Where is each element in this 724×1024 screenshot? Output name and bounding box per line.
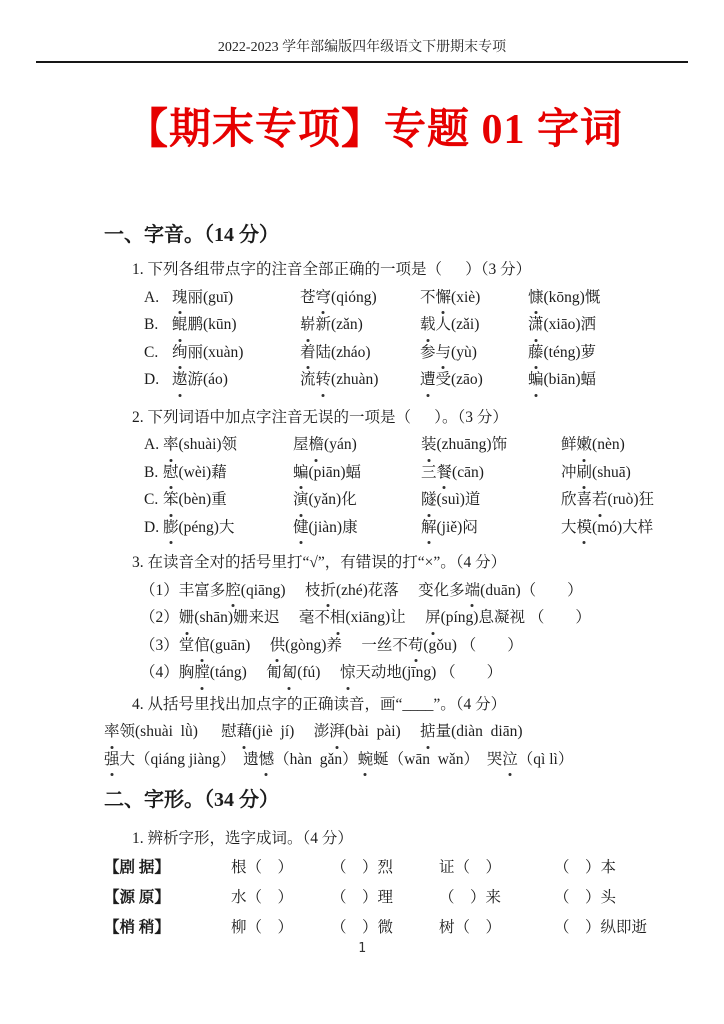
option-word: 膨(péng)大 bbox=[163, 514, 293, 542]
option-word: 慰(wèi)藉 bbox=[163, 459, 293, 487]
char-choice-row: 【剧 据】 根（ ） （ ）烈 证（ ） （ ）本 bbox=[104, 853, 686, 883]
option-word: 鲜嫩(nèn) bbox=[561, 431, 686, 459]
q1-stem: 1. 下列各组带点字的注音全部正确的一项是（ ）（3 分） bbox=[104, 256, 686, 284]
blank-word: 水（ ） bbox=[231, 883, 331, 913]
option-word: 潇(xiāo)洒 bbox=[528, 311, 686, 339]
blank-word: 柳（ ） bbox=[231, 913, 331, 943]
option-word: 崭新(zǎn) bbox=[300, 311, 420, 339]
option-word: 装(zhuāng)饰 bbox=[421, 431, 561, 459]
q2-option-b: B. 慰(wèi)藉 蝙(piān)蝠 三餐(cān) 冲刷(shuā) bbox=[104, 459, 686, 487]
q4-stem: 4. 从括号里找出加点字的正确读音，画“____”。（4 分） bbox=[104, 691, 686, 719]
q3-item-3: （3）堂倌(guān) 供(gòng)养 一丝不苟(gǒu) （ ） bbox=[104, 632, 686, 660]
header-divider bbox=[36, 61, 688, 63]
page-title: 【期末专项】专题 01 字词 bbox=[126, 96, 623, 156]
option-word: 健(jiàn)康 bbox=[293, 514, 421, 542]
option-word: 大模(mó)大样 bbox=[561, 514, 686, 542]
option-label: D. bbox=[144, 514, 163, 542]
option-word: 屋檐(yán) bbox=[293, 431, 421, 459]
option-label: B. bbox=[144, 459, 163, 487]
q4-line-2: 强大（qiáng jiàng） 遗憾（hàn gǎn）蜿蜒（wān wǎn） 哭… bbox=[104, 746, 686, 774]
q2-option-d: D. 膨(péng)大 健(jiàn)康 解(jiě)闷 大模(mó)大样 bbox=[104, 514, 686, 542]
option-label: D. bbox=[144, 366, 172, 394]
option-word: 苍穹(qióng) bbox=[300, 284, 420, 312]
document-header: 2022-2023 学年部编版四年级语文下册期末专项 bbox=[0, 36, 724, 56]
char-pair-bracket: 【源 原】 bbox=[104, 883, 231, 913]
document-body: 一、字音。（14 分） 1. 下列各组带点字的注音全部正确的一项是（ ）（3 分… bbox=[104, 220, 686, 943]
q2-stem: 2. 下列词语中加点字注音无误的一项是（ ）。（3 分） bbox=[104, 404, 686, 432]
option-word: 慷(kōng)慨 bbox=[528, 284, 686, 312]
blank-word: （ ）纵即逝 bbox=[554, 913, 686, 943]
option-word: 欣喜若(ruò)狂 bbox=[561, 486, 686, 514]
option-word: 着陆(zháo) bbox=[300, 339, 420, 367]
option-word: 藤(téng)萝 bbox=[528, 339, 686, 367]
q3-items: （1）丰富多腔(qiāng) 枝折(zhé)花落 变化多端(duān)（ ） （… bbox=[104, 577, 686, 687]
option-word: 隧(suì)道 bbox=[421, 486, 561, 514]
option-word: 载人(zǎi) bbox=[420, 311, 528, 339]
option-word: 三餐(cān) bbox=[421, 459, 561, 487]
q3-stem: 3. 在读音全对的括号里打“√”，有错误的打“×”。（4 分） bbox=[104, 549, 686, 577]
s2-q1-rows: 【剧 据】 根（ ） （ ）烈 证（ ） （ ）本 【源 原】 水（ ） （ ）… bbox=[104, 853, 686, 943]
q2-option-c: C. 笨(bèn)重 演(yǎn)化 隧(suì)道 欣喜若(ruò)狂 bbox=[104, 486, 686, 514]
s2-q1-stem: 1. 辨析字形，选字成词。（4 分） bbox=[104, 825, 686, 853]
blank-word: （ ）来 bbox=[439, 883, 554, 913]
page-number: 1 bbox=[0, 941, 724, 956]
option-label: C. bbox=[144, 339, 172, 367]
option-word: 参与(yù) bbox=[420, 339, 528, 367]
char-pair-bracket: 【梢 稍】 bbox=[104, 913, 231, 943]
q3-item-1: （1）丰富多腔(qiāng) 枝折(zhé)花落 变化多端(duān)（ ） bbox=[104, 577, 686, 605]
blank-word: 证（ ） bbox=[439, 853, 554, 883]
option-label: C. bbox=[144, 486, 163, 514]
option-word: 绚丽(xuàn) bbox=[172, 339, 300, 367]
blank-word: 树（ ） bbox=[439, 913, 554, 943]
q1-option-b: B. 鲲鹏(kūn) 崭新(zǎn) 载人(zǎi) 潇(xiāo)洒 bbox=[104, 311, 686, 339]
option-word: 遨游(áo) bbox=[172, 366, 300, 394]
exam-document-page: 2022-2023 学年部编版四年级语文下册期末专项 【期末专项】专题 01 字… bbox=[0, 0, 724, 1024]
option-label: B. bbox=[144, 311, 172, 339]
q1-option-d: D. 遨游(áo) 流转(zhuàn) 遭受(zāo) 蝙(biān)蝠 bbox=[104, 366, 686, 394]
q1-option-a: A. 瑰丽(guī) 苍穹(qióng) 不懈(xiè) 慷(kōng)慨 bbox=[104, 284, 686, 312]
blank-word: （ ）烈 bbox=[331, 853, 439, 883]
char-choice-row: 【源 原】 水（ ） （ ）理 （ ）来 （ ）头 bbox=[104, 883, 686, 913]
section-1-heading: 一、字音。（14 分） bbox=[104, 220, 686, 250]
section-2-heading: 二、字形。（34 分） bbox=[104, 785, 686, 815]
blank-word: （ ）理 bbox=[331, 883, 439, 913]
blank-word: （ ）微 bbox=[331, 913, 439, 943]
q4-answer-lines: 率领(shuài lǜ) 慰藉(jiè jí) 澎湃(bài pài) 掂量(d… bbox=[104, 718, 686, 773]
option-word: 鲲鹏(kūn) bbox=[172, 311, 300, 339]
q2-options: A. 率(shuài)领 屋檐(yán) 装(zhuāng)饰 鲜嫩(nèn) … bbox=[104, 431, 686, 541]
char-choice-row: 【梢 稍】 柳（ ） （ ）微 树（ ） （ ）纵即逝 bbox=[104, 913, 686, 943]
option-word: 演(yǎn)化 bbox=[293, 486, 421, 514]
q1-option-c: C. 绚丽(xuàn) 着陆(zháo) 参与(yù) 藤(téng)萝 bbox=[104, 339, 686, 367]
option-label: A. bbox=[144, 431, 163, 459]
q3-item-4: （4）胸膛(táng) 匍匐(fú) 惊天动地(jīng) （ ） bbox=[104, 659, 686, 687]
q4-line-1: 率领(shuài lǜ) 慰藉(jiè jí) 澎湃(bài pài) 掂量(d… bbox=[104, 718, 686, 746]
option-word: 流转(zhuàn) bbox=[300, 366, 420, 394]
option-word: 不懈(xiè) bbox=[420, 284, 528, 312]
q1-options: A. 瑰丽(guī) 苍穹(qióng) 不懈(xiè) 慷(kōng)慨 B.… bbox=[104, 284, 686, 394]
q3-item-2: （2）姗(shān)姗来迟 毫不相(xiāng)让 屏(píng)息凝视 （ ） bbox=[104, 604, 686, 632]
blank-word: 根（ ） bbox=[231, 853, 331, 883]
option-word: 蝙(piān)蝠 bbox=[293, 459, 421, 487]
blank-word: （ ）本 bbox=[554, 853, 686, 883]
char-pair-bracket: 【剧 据】 bbox=[104, 853, 231, 883]
option-word: 笨(bèn)重 bbox=[163, 486, 293, 514]
option-word: 瑰丽(guī) bbox=[172, 284, 300, 312]
option-label: A. bbox=[144, 284, 172, 312]
option-word: 冲刷(shuā) bbox=[561, 459, 686, 487]
q2-option-a: A. 率(shuài)领 屋檐(yán) 装(zhuāng)饰 鲜嫩(nèn) bbox=[104, 431, 686, 459]
option-word: 遭受(zāo) bbox=[420, 366, 528, 394]
option-word: 率(shuài)领 bbox=[163, 431, 293, 459]
option-word: 蝙(biān)蝠 bbox=[528, 366, 686, 394]
option-word: 解(jiě)闷 bbox=[421, 514, 561, 542]
blank-word: （ ）头 bbox=[554, 883, 686, 913]
